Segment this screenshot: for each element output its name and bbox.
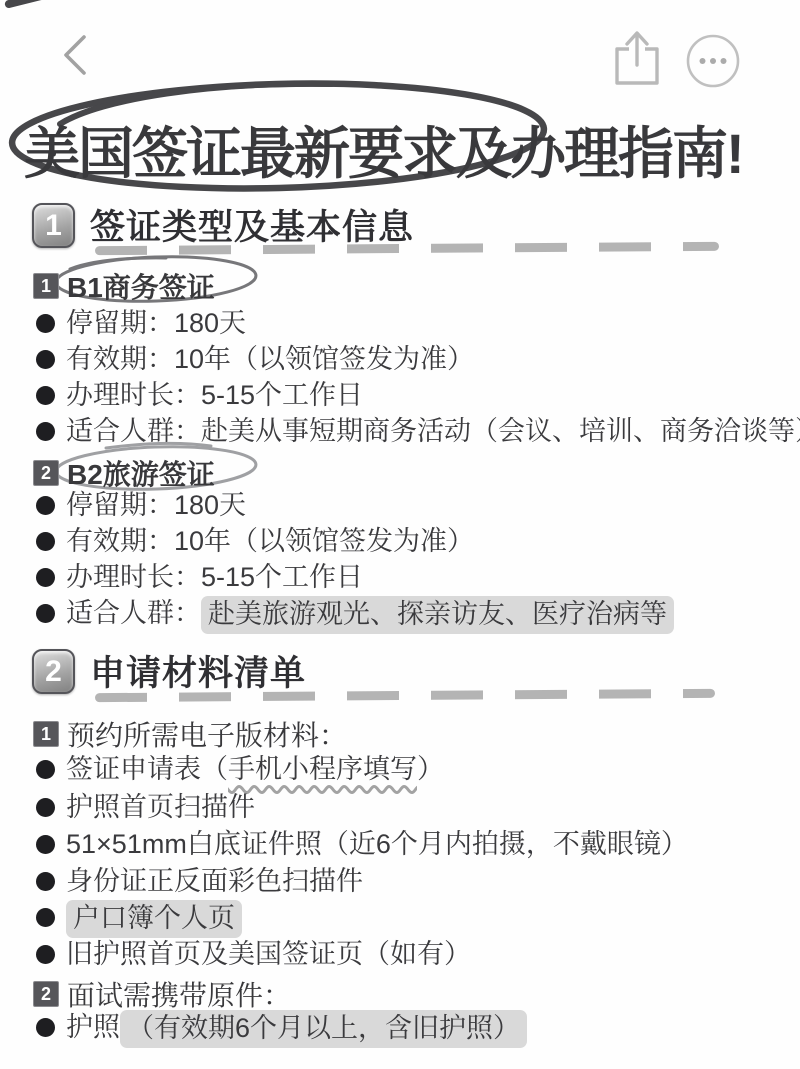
list-item-text: 旧护照首页及美国签证页（如有） — [66, 937, 471, 971]
list-item-text: 办理时长：5-15个工作日 — [66, 378, 363, 412]
list-item: 有效期：10年（以领馆签发为准） — [36, 342, 474, 376]
bullet-icon — [36, 350, 55, 369]
highlight-text: （有效期6个月以上，含旧护照） — [120, 1010, 527, 1048]
bullet-icon — [36, 422, 55, 441]
more-button ellipsis-icon[interactable] — [684, 32, 742, 90]
list-item-text: 停留期：180天 — [66, 488, 246, 522]
bullet-icon — [36, 908, 55, 927]
bullet-icon — [36, 568, 55, 587]
bullet-icon — [36, 872, 55, 891]
list-item-text: 办理时长：5-15个工作日 — [66, 560, 363, 594]
list-item: 停留期：180天 — [36, 306, 246, 340]
section-title: 申请材料清单 — [90, 646, 306, 696]
list-item: 51×51mm白底证件照（近6个月内拍摄，不戴眼镜） — [36, 827, 688, 861]
list-item: 护照首页扫描件 — [36, 790, 255, 824]
list-item-text: 签证申请表（ — [66, 752, 228, 786]
bullet-icon — [36, 314, 55, 333]
share-button share-icon[interactable] — [608, 28, 666, 88]
bullet-icon — [36, 835, 55, 854]
list-item-text: ） — [417, 752, 444, 786]
subsection-title: B2旅游签证 — [67, 453, 215, 493]
list-item: 办理时长：5-15个工作日 — [36, 378, 363, 412]
subsection-header-interview: 2 面试需携带原件： — [33, 974, 291, 1014]
bullet-icon — [36, 386, 55, 405]
item-number-badge: 1 — [33, 721, 59, 747]
subsection-header-b1: 1 B1商务签证 — [33, 266, 215, 306]
list-item-text: 有效期：10年（以领馆签发为准） — [66, 342, 474, 376]
back-button chevron-left-icon[interactable] — [54, 30, 96, 76]
list-item: 停留期：180天 — [36, 488, 246, 522]
corner-pen-mark — [4, 0, 45, 9]
list-item-text: 身份证正反面彩色扫描件 — [66, 864, 363, 898]
list-item: 办理时长：5-15个工作日 — [36, 560, 363, 594]
list-item: 适合人群： 赴美旅游观光、探亲访友、医疗治病等 — [36, 596, 674, 634]
list-item-text: 护照首页扫描件 — [66, 790, 255, 824]
section-number-badge: 2 — [32, 649, 75, 694]
item-number-badge: 2 — [33, 460, 59, 486]
bullet-icon — [36, 798, 55, 817]
section-number-badge: 1 — [32, 203, 75, 248]
note-page: 美国签证最新要求及办理指南! 1 签证类型及基本信息 1 B1商务签证 停留期：… — [0, 0, 800, 1069]
section-title: 签证类型及基本信息 — [90, 200, 414, 250]
list-item: 户口簿个人页 — [36, 900, 242, 938]
subsection-title: 预约所需电子版材料： — [67, 714, 347, 754]
list-item-text: 适合人群：赴美从事短期商务活动（会议、培训、商务洽谈等） — [66, 414, 800, 448]
list-item: 适合人群：赴美从事短期商务活动（会议、培训、商务洽谈等） — [36, 414, 800, 448]
highlight-text: 户口簿个人页 — [66, 900, 242, 938]
bullet-icon — [36, 945, 55, 964]
item-number-badge: 2 — [33, 981, 59, 1007]
list-item-text: 停留期：180天 — [66, 306, 246, 340]
list-item-text: 适合人群： — [66, 596, 201, 630]
bullet-icon — [36, 496, 55, 515]
wavy-underlined-text: 手机小程序填写 — [228, 752, 417, 786]
list-item: 签证申请表（ 手机小程序填写 ） — [36, 752, 444, 786]
section-header-2: 2 申请材料清单 — [32, 646, 306, 696]
bullet-icon — [36, 532, 55, 551]
list-item: 旧护照首页及美国签证页（如有） — [36, 937, 471, 971]
list-item: 身份证正反面彩色扫描件 — [36, 864, 363, 898]
subsection-title: B1商务签证 — [67, 266, 215, 306]
list-item: 护照 （有效期6个月以上，含旧护照） — [36, 1010, 527, 1048]
bullet-icon — [36, 760, 55, 779]
bullet-icon — [36, 604, 55, 623]
section-header-1: 1 签证类型及基本信息 — [32, 200, 414, 250]
list-item-text: 护照 — [66, 1010, 120, 1044]
subsection-title: 面试需携带原件： — [67, 974, 291, 1014]
highlight-text: 赴美旅游观光、探亲访友、医疗治病等 — [201, 596, 674, 634]
list-item-text: 51×51mm白底证件照（近6个月内拍摄，不戴眼镜） — [66, 827, 688, 861]
page-title: 美国签证最新要求及办理指南! — [24, 110, 743, 190]
bullet-icon — [36, 1018, 55, 1037]
subsection-header-materials: 1 预约所需电子版材料： — [33, 714, 347, 754]
list-item-text: 有效期：10年（以领馆签发为准） — [66, 524, 474, 558]
subsection-header-b2: 2 B2旅游签证 — [33, 453, 215, 493]
list-item: 有效期：10年（以领馆签发为准） — [36, 524, 474, 558]
item-number-badge: 1 — [33, 273, 59, 299]
